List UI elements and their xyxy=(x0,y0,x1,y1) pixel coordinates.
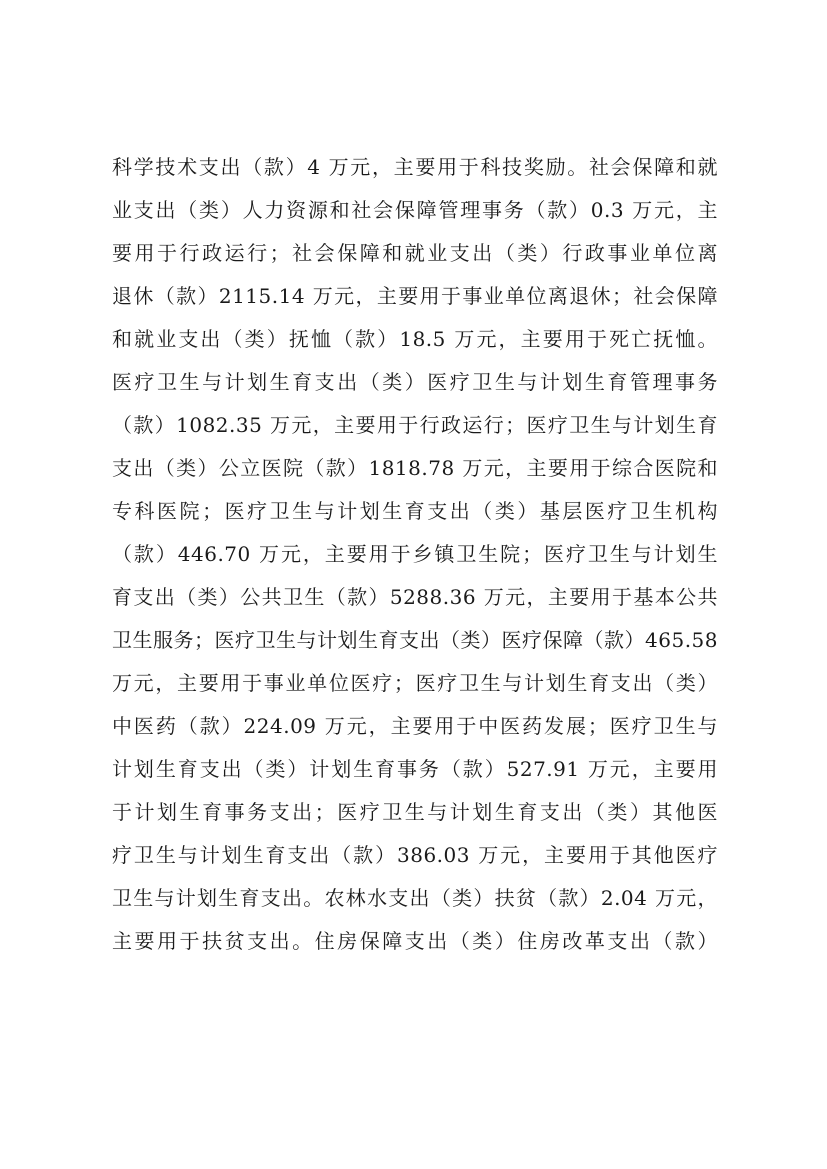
text-line: 卫生与计划生育支出。农林水支出（类）扶贫（款）2.04 万元， xyxy=(112,883,718,913)
text-line: 业支出（类）人力资源和社会保障管理事务（款）0.3 万元，主 xyxy=(112,195,718,225)
text-line: 于计划生育事务支出；医疗卫生与计划生育支出（类）其他医 xyxy=(112,797,718,827)
text-line: 要用于行政运行；社会保障和就业支出（类）行政事业单位离 xyxy=(112,238,718,268)
text-line: 中医药（款）224.09 万元，主要用于中医药发展；医疗卫生与 xyxy=(112,711,718,741)
text-line: 支出（类）公立医院（款）1818.78 万元，主要用于综合医院和 xyxy=(112,453,718,483)
text-line: 退休（款）2115.14 万元，主要用于事业单位离退休；社会保障 xyxy=(112,281,718,311)
text-line: 主要用于扶贫支出。住房保障支出（类）住房改革支出（款） xyxy=(112,926,718,956)
text-line: 科学技术支出（款）4 万元，主要用于科技奖励。社会保障和就 xyxy=(112,152,718,182)
text-line: （款）1082.35 万元，主要用于行政运行；医疗卫生与计划生育 xyxy=(112,410,718,440)
text-line: （款）446.70 万元，主要用于乡镇卫生院；医疗卫生与计划生 xyxy=(112,539,718,569)
text-line: 卫生服务；医疗卫生与计划生育支出（类）医疗保障（款）465.58 xyxy=(112,625,718,655)
text-line: 和就业支出（类）抚恤（款）18.5 万元，主要用于死亡抚恤。 xyxy=(112,324,718,354)
document-page: 科学技术支出（款）4 万元，主要用于科技奖励。社会保障和就 业支出（类）人力资源… xyxy=(0,0,827,1169)
text-line: 疗卫生与计划生育支出（款）386.03 万元，主要用于其他医疗 xyxy=(112,840,718,870)
text-line: 专科医院；医疗卫生与计划生育支出（类）基层医疗卫生机构 xyxy=(112,496,718,526)
text-line: 万元，主要用于事业单位医疗；医疗卫生与计划生育支出（类） xyxy=(112,668,718,698)
text-line: 医疗卫生与计划生育支出（类）医疗卫生与计划生育管理事务 xyxy=(112,367,718,397)
text-line: 育支出（类）公共卫生（款）5288.36 万元，主要用于基本公共 xyxy=(112,582,718,612)
text-line: 计划生育支出（类）计划生育事务（款）527.91 万元，主要用 xyxy=(112,754,718,784)
